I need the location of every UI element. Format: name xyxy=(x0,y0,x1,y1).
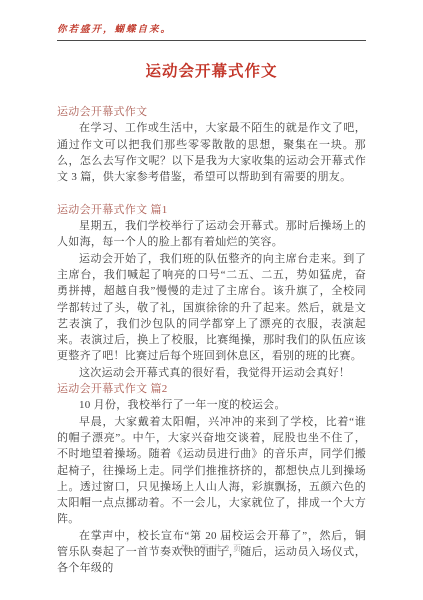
page-footer: 第 1 页/共 2 页 xyxy=(0,543,423,554)
paragraph: 早晨，大家戴着太阳帽，兴冲冲的来到了学校，比着“谁的帽子漂亮”。中午，大家兴奋地… xyxy=(57,414,366,528)
page-number: 第 1 页/共 2 页 xyxy=(181,544,242,553)
document-page: 你若盛开，蝴蝶自来。 运动会开幕式作文 运动会开幕式作文在学习、工作或生活中，大… xyxy=(0,0,423,600)
section-heading: 运动会开幕式作文 篇2 xyxy=(57,381,366,397)
paragraph: 在学习、工作或生活中，大家最不陌生的就是作文了吧，通过作文可以把我们那些零零散散… xyxy=(57,120,366,185)
document-content: 运动会开幕式作文在学习、工作或生活中，大家最不陌生的就是作文了吧，通过作文可以把… xyxy=(57,104,366,577)
document-title: 运动会开幕式作文 xyxy=(57,61,366,83)
page-header: 你若盛开，蝴蝶自来。 xyxy=(57,24,366,41)
paragraph-spacer xyxy=(57,185,366,201)
paragraph: 10 月份，我校举行了一年一度的校运会。 xyxy=(57,397,366,413)
header-divider xyxy=(57,40,366,41)
header-slogan: 你若盛开，蝴蝶自来。 xyxy=(57,24,366,36)
paragraph: 运动会开始了，我们班的队伍整齐的向主席台走来。到了主席台，我们喊起了响亮的口号“… xyxy=(57,251,366,365)
section-heading: 运动会开幕式作文 xyxy=(57,104,366,120)
section-heading: 运动会开幕式作文 篇1 xyxy=(57,202,366,218)
paragraph: 这次运动会开幕式真的很好看，我觉得开运动会真好！ xyxy=(57,365,366,381)
paragraph: 星期五，我们学校举行了运动会开幕式。那时后操场上的人如海，每一个人的脸上都有着灿… xyxy=(57,218,366,251)
